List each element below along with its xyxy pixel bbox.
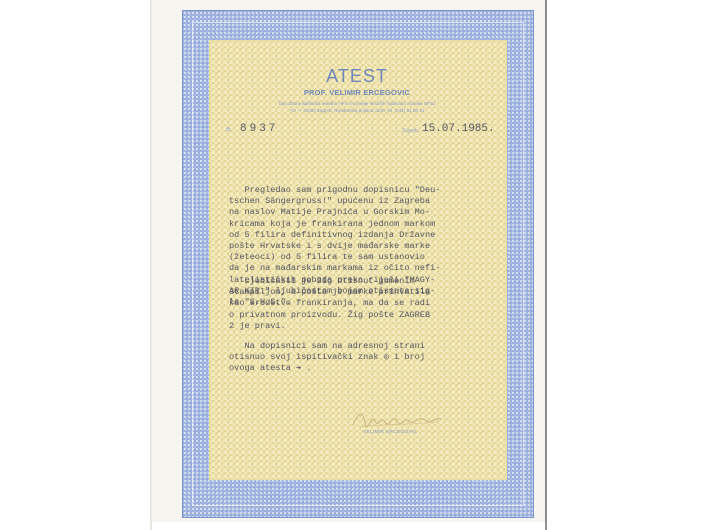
handwritten-signature [349, 407, 445, 431]
issuer-address: YU — 41000 Zagreb, Rendanska poljana 11/… [209, 108, 505, 113]
paragraph-2: Ljubičasti je žig otisnut gumenim štampi… [229, 276, 509, 332]
signature-name: VELIMIR ERCEGOVIC [363, 430, 417, 435]
place-label: Zagreb, [402, 128, 419, 134]
number-label: Br. [226, 127, 232, 133]
issuer-affiliation: član Zbora ispitivača maraka HFS i Komis… [209, 101, 505, 106]
document-title: ATEST [209, 66, 505, 87]
certificate-content: ATEST PROF. VELIMIR ERCEGOVIC član Zbora… [209, 40, 505, 478]
issuer-name: PROF. VELIMIR ERCEGOVIC [209, 88, 505, 97]
paragraph-3: Na dopisnici sam na adresnoj strani otis… [229, 341, 509, 375]
page-right-edge [545, 0, 547, 530]
certificate-date: 15.07.1985. [422, 123, 495, 135]
certificate-number: 8937 [240, 123, 278, 135]
